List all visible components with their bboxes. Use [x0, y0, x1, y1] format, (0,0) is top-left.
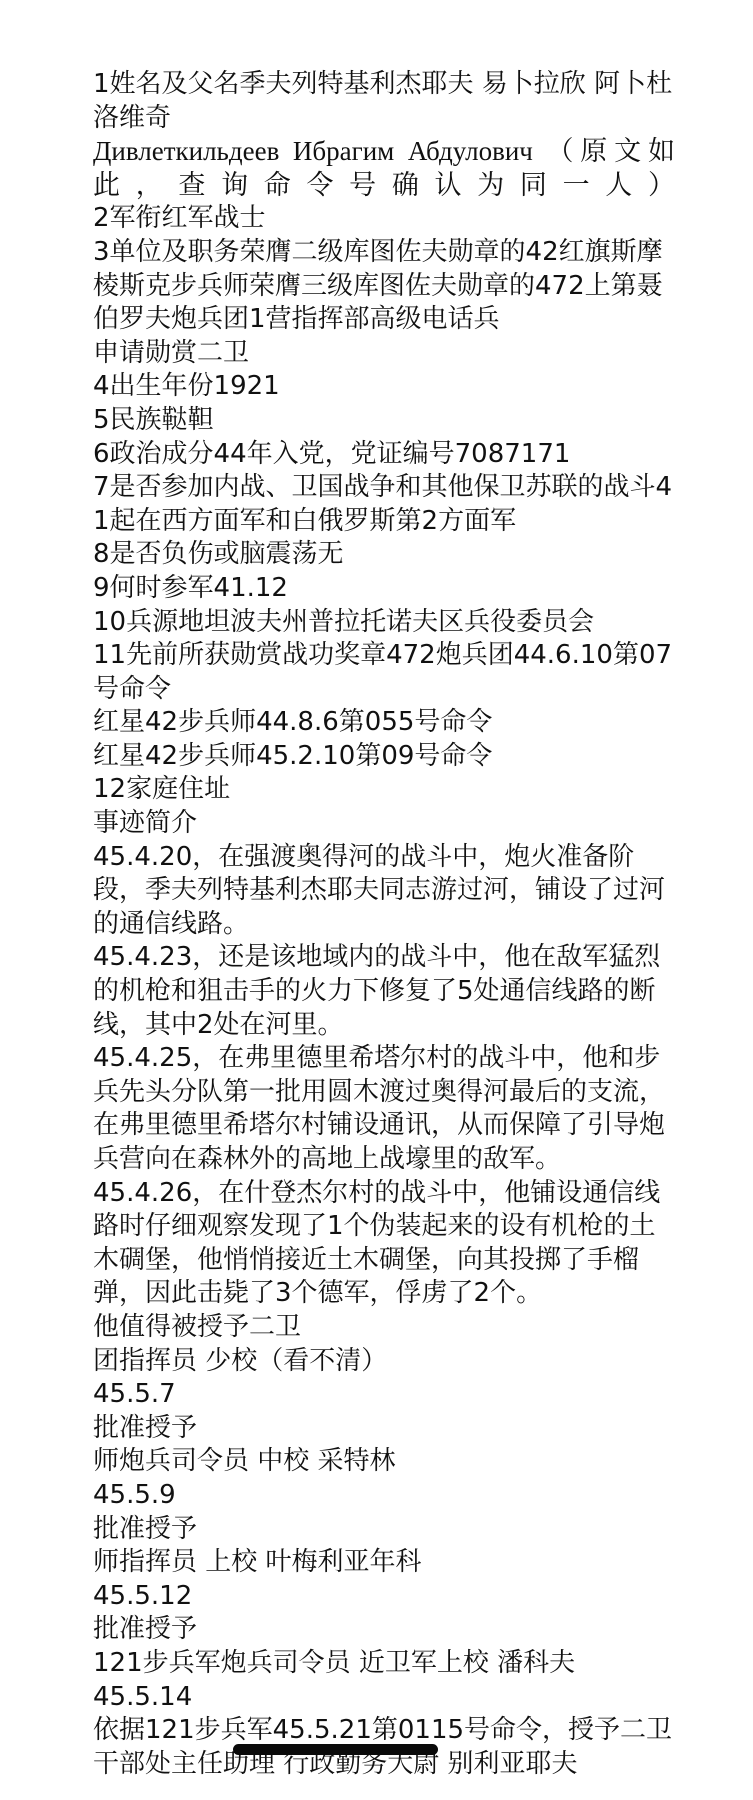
- approval-date: 45.5.9: [93, 1479, 675, 1513]
- document-body: 1姓名及父名季夫列特基利杰耶夫 易卜拉欣 阿卜杜洛维奇 Дивлеткильде…: [93, 68, 675, 1781]
- summary-paragraph: 45.4.23，还是该地域内的战斗中，他在敌军猛烈的机枪和狙击手的火力下修复了5…: [93, 941, 675, 1042]
- field-unit: 3单位及职务荣膺二级库图佐夫勋章的42红旗斯摩棱斯克步兵师荣膺三级库图佐夫勋章的…: [93, 236, 675, 337]
- approval-date: 45.5.12: [93, 1580, 675, 1614]
- field-requested-award: 申请勋赏二卫: [93, 337, 675, 371]
- approval-signer: 团指挥员 少校（看不清）: [93, 1345, 675, 1379]
- recommendation: 他值得被授予二卫: [93, 1311, 675, 1345]
- final-order-block: 依据121步兵军45.5.21第0115号命令，授予二卫: [93, 1714, 675, 1748]
- field-previous-awards-2: 红星42步兵师44.8.6第055号命令: [93, 706, 675, 740]
- field-home-address: 12家庭住址: [93, 773, 675, 807]
- approval-decision: 批准授予: [93, 1613, 675, 1647]
- final-order: 依据121步兵军45.5.21第0115号命令，授予二卫: [93, 1714, 675, 1748]
- approval-decision: 批准授予: [93, 1513, 675, 1547]
- approval-signer: 师炮兵司令员 中校 采特林: [93, 1445, 675, 1479]
- field-enlisted: 9何时参军41.12: [93, 572, 675, 606]
- field-name: 1姓名及父名季夫列特基利杰耶夫 易卜拉欣 阿卜杜洛维奇: [93, 68, 675, 135]
- approval-date: 45.5.7: [93, 1378, 675, 1412]
- field-war-participation: 7是否参加内战、卫国战争和其他保卫苏联的战斗41起在西方面军和白俄罗斯第2方面军: [93, 471, 675, 538]
- field-name-russian: Дивлеткильдеев Ибрагим Абдулович （原文如此，查…: [93, 135, 675, 202]
- field-previous-awards-3: 红星42步兵师45.2.10第09号命令: [93, 740, 675, 774]
- field-wounds: 8是否负伤或脑震荡无: [93, 538, 675, 572]
- field-ethnicity: 5民族鞑靼: [93, 404, 675, 438]
- summary-paragraph: 45.4.26，在什登杰尔村的战斗中，他铺设通信线路时仔细观察发现了1个伪装起来…: [93, 1177, 675, 1311]
- approval-signer: 师指挥员 上校 叶梅利亚年科: [93, 1546, 675, 1580]
- handwritten-underline-mark: [233, 1744, 438, 1755]
- field-previous-awards: 11先前所获勋赏战功奖章472炮兵团44.6.10第07号命令: [93, 639, 675, 706]
- summary-paragraph: 45.4.20，在强渡奥得河的战斗中，炮火准备阶段，季夫列特基利杰耶夫同志游过河…: [93, 841, 675, 942]
- summary-paragraph: 45.4.25，在弗里德里希塔尔村的战斗中，他和步兵先头分队第一批用圆木渡过奥得…: [93, 1042, 675, 1176]
- approval-date: 45.5.14: [93, 1681, 675, 1715]
- field-birth-year: 4出生年份1921: [93, 370, 675, 404]
- field-draft-office: 10兵源地坦波夫州普拉托诺夫区兵役委员会: [93, 606, 675, 640]
- approval-decision: 批准授予: [93, 1412, 675, 1446]
- summary-heading: 事迹简介: [93, 807, 675, 841]
- approval-signer: 121步兵军炮兵司令员 近卫军上校 潘科夫: [93, 1647, 675, 1681]
- field-party: 6政治成分44年入党，党证编号7087171: [93, 438, 675, 472]
- field-rank: 2军衔红军战士: [93, 202, 675, 236]
